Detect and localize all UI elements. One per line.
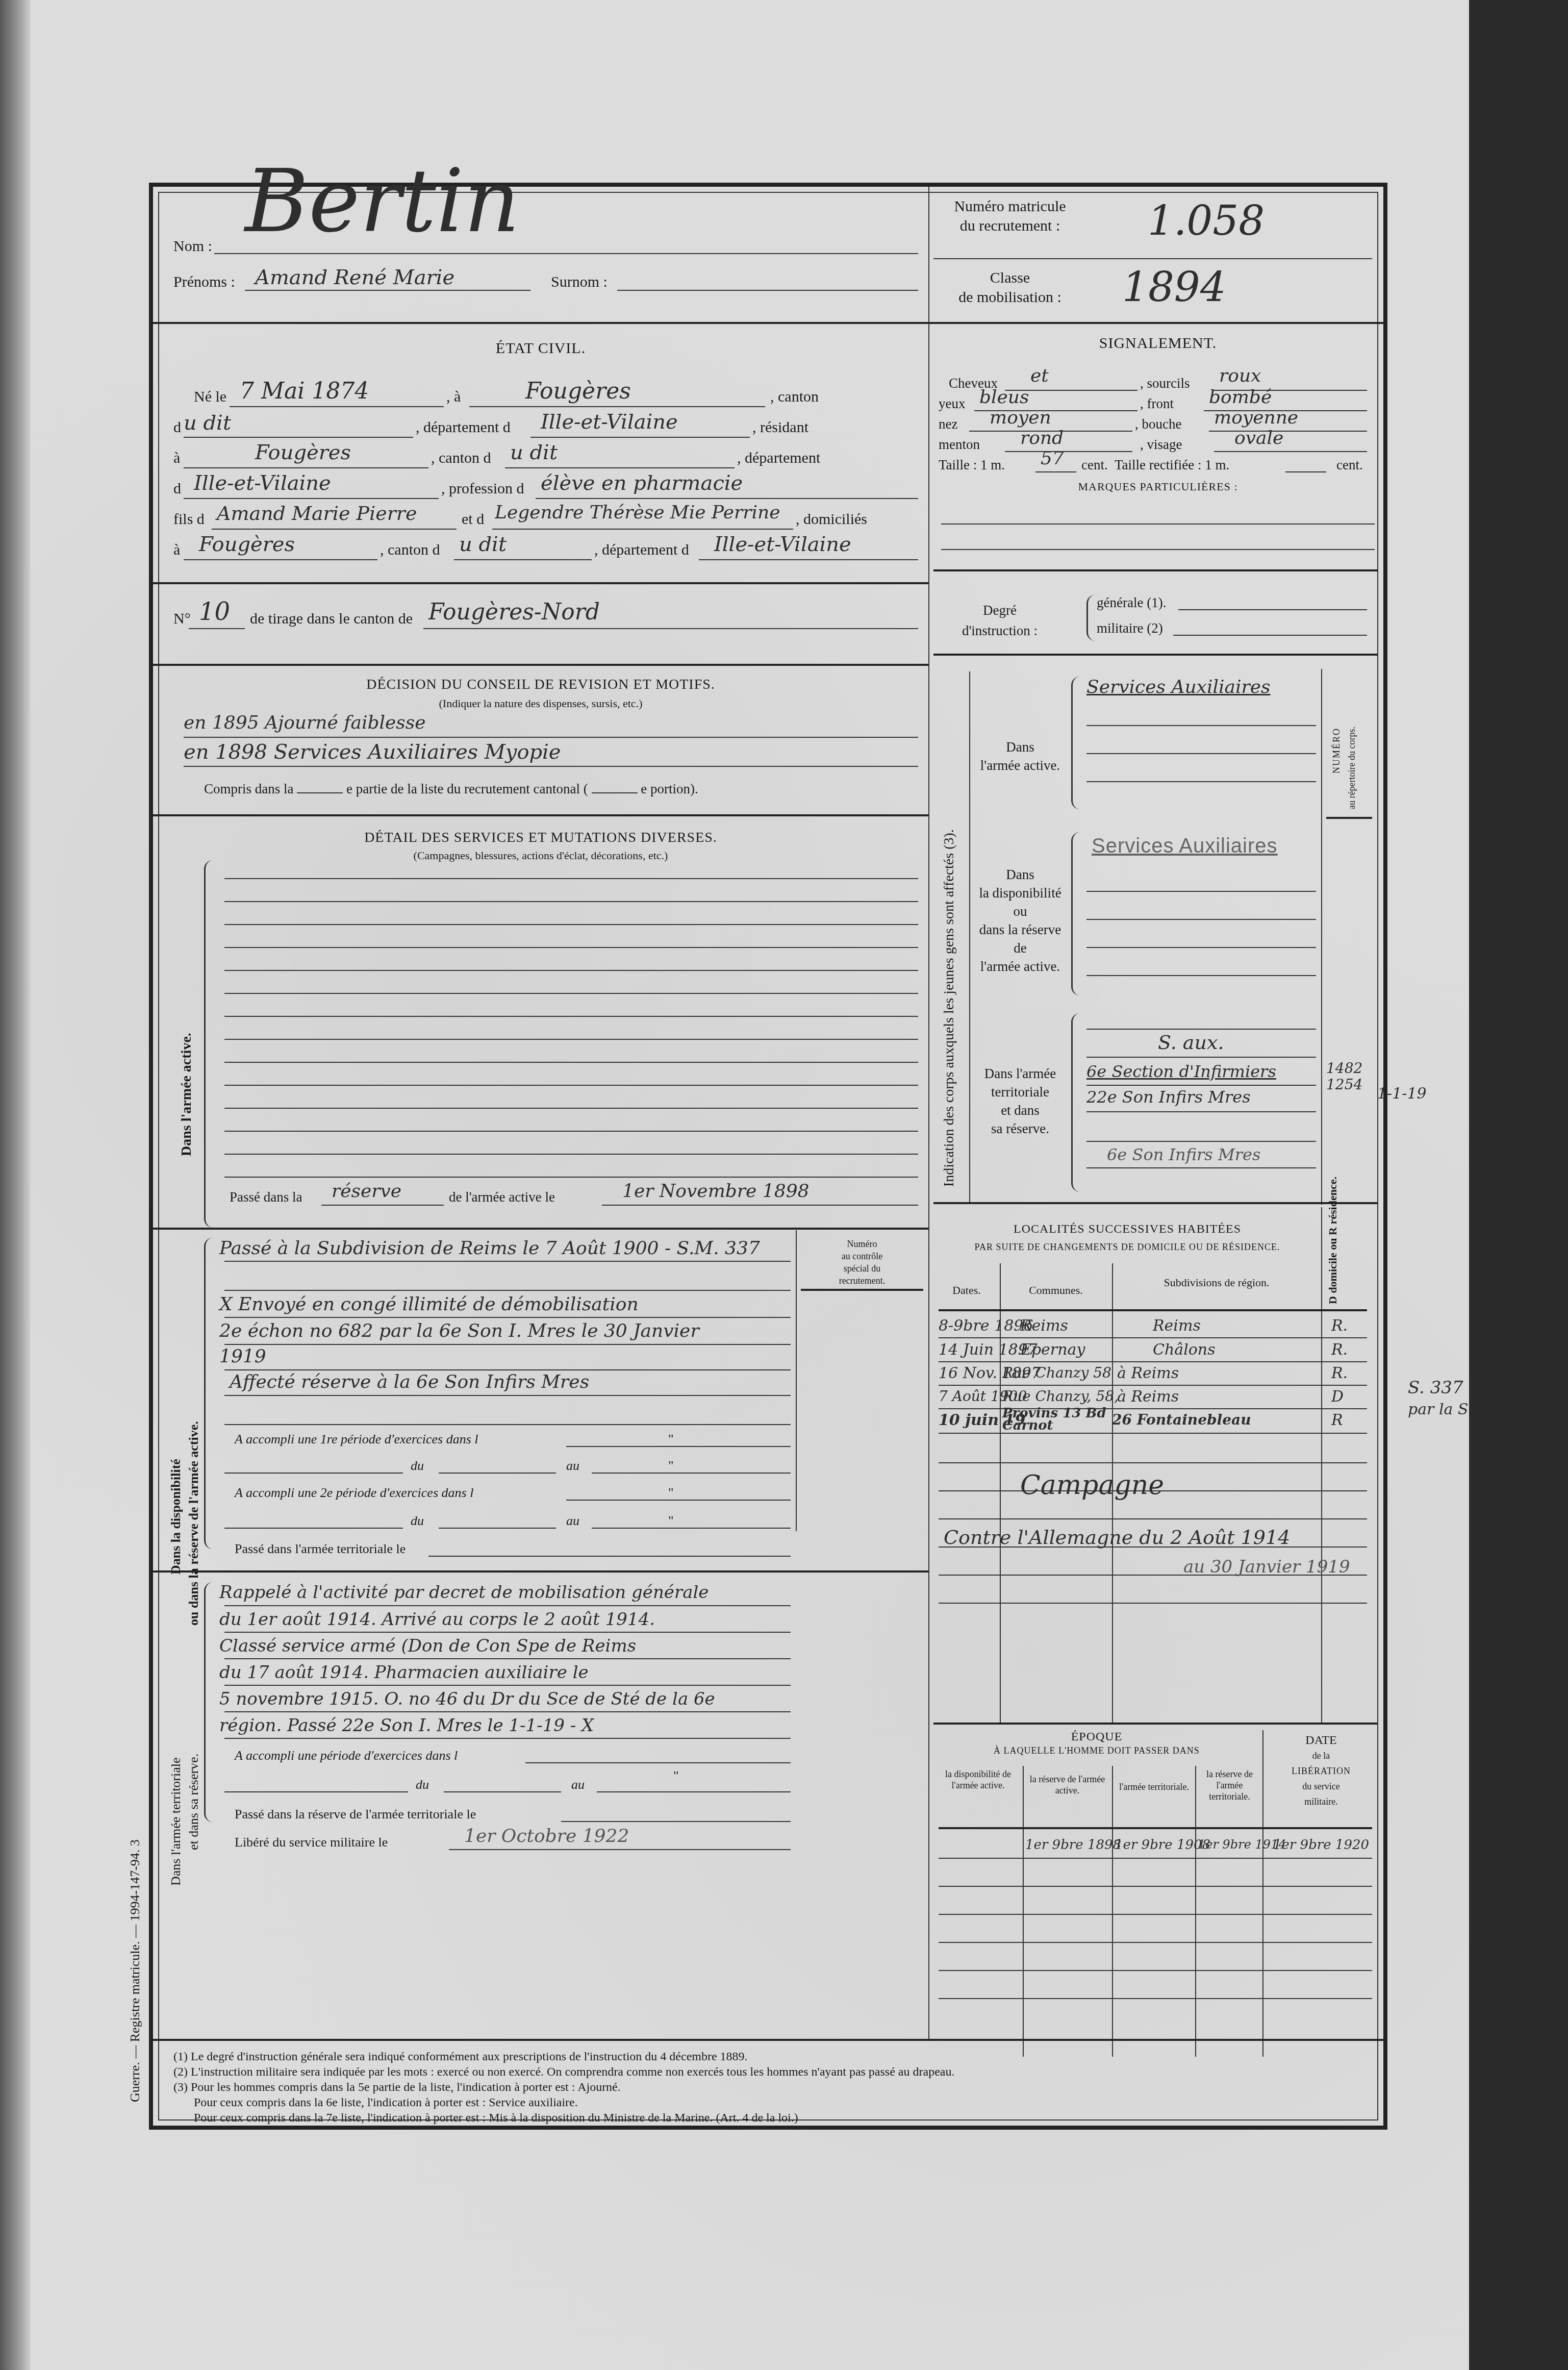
campagne-line-2: au 30 Janvier 1919 [1183, 1557, 1350, 1577]
res-dep-line [184, 498, 439, 499]
cent-label: cent. [1081, 457, 1108, 473]
bouche-value: moyenne [1214, 407, 1298, 428]
generale-label: générale (1). [1097, 595, 1166, 611]
cheveux-value: et [1030, 365, 1049, 386]
au1-label: au [566, 1458, 579, 1474]
passe-terr-label: Passé dans l'armée territoriale le [235, 1541, 406, 1557]
terr-vertical-2: et dans sa réserve. [186, 1754, 201, 1850]
corps-active-label: Dansl'armée active. [974, 738, 1066, 775]
corps-dispo-line [1086, 891, 1316, 892]
corps-left-divider [969, 671, 970, 1202]
du2-value-line [439, 1528, 556, 1529]
corps-numero-label-1: NUMÉRO [1331, 728, 1342, 774]
taille-line [1035, 471, 1076, 472]
degre-rule [933, 654, 1377, 656]
dispo-rule [224, 1317, 791, 1318]
birth-date-line [230, 406, 444, 407]
res-canton-label: , canton d [431, 450, 491, 467]
corps-terr-numbers: 14821254 [1326, 1060, 1362, 1093]
detail-line [224, 993, 918, 994]
profession-value: élève en pharmacie [541, 471, 743, 495]
epoque-row-rule [939, 1970, 1372, 1971]
localites-header-subdivisions: Subdivisions de région. [1115, 1276, 1319, 1289]
father-line [212, 529, 457, 530]
corps-numero-label-2: au répertoire du corps. [1347, 727, 1357, 809]
bouche-label: , bouche [1135, 416, 1181, 432]
corps-terr-label: Dans l'arméeterritorialeet danssa réserv… [974, 1064, 1066, 1138]
corps-terr-line-4: 6e Son Infirs Mres [1107, 1145, 1260, 1164]
corps-terr-brace [1071, 1013, 1080, 1192]
corps-dispo-line [1086, 975, 1316, 976]
libere-label: Libéré du service militaire le [235, 1835, 388, 1850]
localites-title: LOCALITÉS SUCCESSIVES HABITÉES [933, 1223, 1321, 1236]
terr-au-label: au [571, 1777, 585, 1792]
sourcils-value: roux [1219, 365, 1261, 386]
nez-label: nez [939, 416, 957, 432]
detail-active-vertical: Dans l'armée active. [179, 1033, 195, 1156]
corps-active-line [1086, 753, 1316, 754]
corps-active-line [1086, 781, 1316, 782]
terr-rule [224, 1685, 791, 1686]
compris-row: Compris dans la e partie de la liste du … [204, 781, 698, 797]
passe-date-line [602, 1205, 918, 1206]
epoque-col-reserve-active: la réserve de l'armée active. [1025, 1774, 1109, 1796]
decision-line-1: en 1895 Ajourné faiblesse [184, 712, 426, 733]
localite-row-dr: R. [1331, 1364, 1348, 1382]
marques-line-2 [941, 549, 1375, 550]
dispo-brace [204, 1238, 213, 1549]
res-a-label: à [173, 450, 180, 467]
dispo-line-1: Passé à la Subdivision de Reims le 7 Aoû… [219, 1238, 760, 1259]
localite-row-dr: R [1331, 1411, 1343, 1429]
corps-dispo-stamp: Services Auxiliaires [1092, 835, 1278, 858]
footnote-3b: Pour ceux compris dans la 6e liste, l'in… [173, 2095, 954, 2110]
au1-value: " [668, 1458, 674, 1474]
sourcils-label: , sourcils [1140, 376, 1190, 391]
res-dep-value: Ille-et-Vilaine [194, 471, 331, 495]
decision-line-2-rule [184, 766, 918, 767]
degre-brace [1086, 595, 1095, 641]
militaire-line [1173, 635, 1367, 636]
dom-dep-label: , département d [594, 541, 689, 559]
side-margin-imprint: Guerre. — Registre matricule. — 1994-147… [128, 1839, 143, 2102]
periode1-value: " [668, 1432, 674, 1447]
menton-value: rond [1020, 428, 1064, 448]
campagne-title: Campagne [1020, 1470, 1164, 1501]
footnote-3c: Pour ceux compris dans la 7e liste, l'in… [173, 2110, 954, 2126]
tirage-label: de tirage dans le canton de [250, 610, 413, 628]
detail-line [224, 1108, 918, 1109]
terr-periode-label: A accompli une période d'exercices dans … [235, 1748, 458, 1763]
localite-row-dr: R. [1331, 1317, 1348, 1335]
detail-line [224, 947, 918, 948]
front-value: bombé [1209, 387, 1272, 408]
passe-date-label: de l'armée active le [449, 1189, 555, 1205]
libere-line [449, 1849, 791, 1850]
dispo-numero-rule [801, 1289, 923, 1291]
header-divider [928, 187, 929, 330]
epoque-header-rule [939, 1827, 1372, 1829]
mother-value: Legendre Thérèse Mie Perrine [495, 502, 780, 523]
terr-rule [224, 1605, 791, 1606]
localite-row-commune: Reims [1020, 1317, 1068, 1335]
epoque-value-reserve-territoriale: 1er 9bre 1914 [1198, 1837, 1261, 1852]
decision-title: DÉCISION DU CONSEIL DE REVISION ET MOTIF… [153, 677, 928, 693]
corps-terr-line [1086, 1167, 1316, 1168]
front-label: , front [1140, 396, 1174, 412]
birthplace-value: Fougères [525, 378, 631, 404]
dispo-numero-divider [796, 1230, 797, 1531]
decision-line-1-rule [184, 737, 918, 738]
prenoms-line [245, 290, 530, 291]
terr-line-3: Classé service armé (Don de Con Spe de R… [219, 1636, 636, 1656]
profession-line [536, 498, 918, 499]
detail-line [224, 901, 918, 902]
corps-active-brace [1071, 677, 1080, 809]
corps-dispo-brace [1071, 832, 1080, 995]
dom-canton-line [454, 559, 592, 560]
periode1-label: A accompli une 1re période d'exercices d… [235, 1432, 478, 1447]
localites-row-rule [939, 1361, 1367, 1362]
epoque-col-territoriale: l'armée territoriale. [1115, 1781, 1194, 1792]
epoque-row-rule [939, 1886, 1372, 1887]
matricule-line [933, 258, 1372, 259]
res-departement-label: , département [737, 450, 820, 467]
dispo-rule [224, 1369, 791, 1370]
matricule-label: Numéro matriculedu recrutement : [939, 197, 1081, 236]
nom-label: Nom : [173, 238, 212, 255]
yeux-value: bleus [979, 387, 1029, 408]
du1-value-line [439, 1473, 556, 1474]
corps-terr-line [1086, 1057, 1316, 1058]
epoque-subtitle: À LAQUELLE L'HOMME DOIT PASSER DANS [933, 1745, 1260, 1756]
corps-terr-line [1086, 1029, 1316, 1030]
footnote-3: (3) Pour les hommes compris dans la 5e p… [173, 2080, 954, 2095]
terr-vertical-1: Dans l'armée territoriale [168, 1757, 184, 1886]
epoque-row-rule [939, 1942, 1372, 1943]
detail-line [224, 1177, 918, 1178]
dispo-numero-label: Numéroau contrôlespécial durecrutement. [798, 1238, 926, 1287]
militaire-label: militaire (2) [1097, 620, 1163, 636]
terr-line-6: région. Passé 22e Son I. Mres le 1-1-19 … [219, 1715, 594, 1736]
corps-active-value: Services Auxiliaires [1086, 677, 1270, 697]
bouche-line [1209, 431, 1367, 432]
tirage-canton-value: Fougères-Nord [428, 599, 600, 625]
terr-brace [204, 1582, 213, 1822]
epoque-date-divider [1262, 1730, 1263, 2057]
detail-line [224, 924, 918, 925]
terr-au-line [597, 1791, 791, 1792]
corps-numero-divider [1321, 669, 1322, 1205]
mother-line [492, 529, 793, 530]
localite-row-date: 8-9bre 1896 [939, 1317, 1033, 1335]
corps-terr-date: 1-1-19 [1377, 1085, 1427, 1103]
etat-civil-rule [153, 582, 928, 584]
residence-line [184, 467, 428, 468]
localite-row-commune: Rue Chanzy 58 [1002, 1364, 1111, 1381]
surnom-line [617, 290, 918, 291]
terr-rule [224, 1632, 791, 1633]
tirage-no-line [189, 628, 245, 629]
localite-row-commune: Rue Chanzy, 58, [1002, 1388, 1119, 1405]
periode1-line [566, 1446, 791, 1447]
dom-a-line [184, 559, 377, 560]
detail-rule [153, 1228, 928, 1230]
taille-rectifiee-label: Taille rectifiée : 1 m. [1115, 457, 1229, 473]
dom-dep-value: Ille-et-Vilaine [714, 533, 851, 556]
epoque-col-disponibilite: la disponibilité de l'armée active. [936, 1768, 1020, 1791]
corps-vertical-label: Indication des corps auxquels les jeunes… [941, 829, 957, 1187]
campagne-line-1: Contre l'Allemagne du 2 Août 1914 [944, 1526, 1290, 1549]
au2-line [592, 1528, 791, 1529]
taille-value: 57 [1041, 448, 1064, 469]
dark-background [1469, 0, 1568, 2370]
main-column-divider [928, 325, 929, 2039]
localites-row-rule [939, 1462, 1367, 1463]
departement-line [530, 437, 750, 438]
footnotes: (1) Le degré d'instruction générale sera… [173, 2049, 954, 2126]
book-binding [0, 0, 31, 2370]
tirage-rule [153, 664, 928, 666]
terr-line-1: Rappelé à l'activité par decret de mobil… [219, 1582, 709, 1603]
dispo-rule [224, 1424, 791, 1425]
corps-active-line [1086, 725, 1316, 726]
birthplace-label: , à [446, 388, 461, 406]
prenoms-label: Prénoms : [173, 273, 235, 291]
residant-label: , résidant [752, 419, 808, 436]
liberation-value: 1er 9bre 1920 [1265, 1837, 1377, 1853]
canton-prefix: d [173, 419, 181, 436]
detail-line [224, 1154, 918, 1155]
taille-rectifiee-line [1285, 471, 1326, 472]
form-frame: Nom : Bertin Prénoms : Amand René Marie … [149, 183, 1387, 2130]
epoque-title: ÉPOQUE [933, 1730, 1260, 1744]
au2-label: au [566, 1513, 579, 1529]
epoque-col-divider [1023, 1766, 1024, 2057]
decision-rule [153, 814, 928, 816]
periode2-line [566, 1500, 791, 1501]
epoque-value-territoriale: 1er 9bre 1908 [1115, 1837, 1194, 1853]
du2-label: du [411, 1513, 424, 1529]
res-canton-line [505, 467, 735, 468]
visage-line [1214, 451, 1367, 452]
departement-label: , département d [416, 419, 511, 436]
terr-periode-line [525, 1762, 791, 1763]
corps-terr-line-3: 22e Son Infirs Mres [1086, 1087, 1251, 1107]
terr-rule [224, 1658, 791, 1659]
taille-label: Taille : 1 m. [939, 457, 1005, 473]
epoque-value-reserve-active: 1er 9bre 1898 [1025, 1837, 1109, 1853]
localites-row-rule [939, 1385, 1367, 1386]
du1-label: du [411, 1458, 424, 1474]
passe-reserve-line [321, 1205, 444, 1206]
visage-value: ovale [1234, 428, 1283, 448]
passe-reserve-label: Passé dans la [230, 1189, 302, 1205]
decision-line-2: en 1898 Services Auxiliaires Myopie [184, 740, 561, 764]
father-value: Amand Marie Pierre [217, 502, 417, 525]
terr-du-label: du [416, 1777, 429, 1792]
nez-value: moyen [990, 407, 1051, 428]
register-page: Guerre. — Registre matricule. — 1994-147… [0, 0, 1469, 2370]
periode2-label: A accompli une 2e période d'exercices da… [235, 1485, 473, 1501]
dom-a-value: Fougères [199, 533, 295, 556]
terr-au-value: " [673, 1768, 679, 1784]
fils-label: fils d [173, 511, 205, 528]
corps-terr-line [1086, 1111, 1316, 1112]
localites-header-rule [939, 1309, 1367, 1311]
header-bottom-rule [153, 322, 1383, 324]
dispo-rule [224, 1261, 791, 1262]
localite-row-subdivision: à Reims [1117, 1364, 1179, 1382]
terr-line-5: 5 novembre 1915. O. no 46 du Dr du Sce d… [219, 1689, 715, 1709]
passe-date-value: 1er Novembre 1898 [622, 1181, 809, 1202]
et-de-label: et d [462, 511, 484, 528]
profession-label: , profession d [441, 480, 524, 497]
corps-terr-line-1: S. aux. [1158, 1031, 1224, 1054]
detail-line [224, 1085, 918, 1086]
menton-line [1005, 451, 1132, 452]
classe-value: 1894 [1122, 263, 1226, 311]
localites-row-rule [939, 1337, 1367, 1338]
epoque-col-divider [1112, 1766, 1113, 2057]
epoque-row-rule [939, 1914, 1372, 1915]
corps-dispo-label: Dansla disponibilitéoudans la réservedel… [974, 865, 1066, 976]
decision-subtitle: (Indiquer la nature des dispenses, sursi… [153, 697, 928, 710]
dispo-vertical-2: ou dans la réserve de l'armée active. [186, 1421, 201, 1626]
dispo-rule [224, 1290, 791, 1291]
detail-line [224, 1062, 918, 1063]
terr-du-value-line [444, 1791, 561, 1792]
dispo-line-5: Affecté réserve à la 6e Son Infirs Mres [230, 1371, 589, 1392]
corps-terr-line [1086, 1085, 1316, 1086]
libere-value: 1er Octobre 1922 [464, 1826, 629, 1847]
menton-label: menton [939, 437, 980, 453]
canton-line [184, 437, 413, 438]
dispo-bottom-rule [153, 1570, 928, 1573]
corps-dispo-line [1086, 947, 1316, 948]
birthplace-line [469, 406, 765, 407]
departement-value: Ille-et-Vilaine [541, 410, 678, 434]
footnote-2: (2) L'instruction militaire sera indiqué… [173, 2064, 954, 2080]
localites-header-dates: Dates. [936, 1284, 997, 1297]
localites-row-rule [939, 1603, 1367, 1604]
dispo-vertical-1: Dans la disponibilité [168, 1459, 184, 1575]
passe-reserve-value: réserve [332, 1181, 401, 1202]
detail-subtitle: (Campagnes, blessures, actions d'éclat, … [153, 849, 928, 862]
detail-line [224, 970, 918, 971]
terr-du-line [224, 1791, 408, 1792]
localite-row-subdivision: Reims [1153, 1317, 1201, 1335]
dispo-line-4: 1919 [219, 1346, 266, 1367]
passe-terr-line [428, 1556, 791, 1557]
etat-civil-title: ÉTAT CIVIL. [153, 340, 928, 357]
footnote-1: (1) Le degré d'instruction générale sera… [173, 2049, 954, 2064]
du2-line [224, 1528, 403, 1529]
dom-canton-value: u dit [459, 533, 507, 556]
epoque-col-reserve-territoriale: la réserve de l'armée territoriale. [1198, 1768, 1261, 1802]
prenoms-value: Amand René Marie [255, 266, 454, 289]
localites-dr-divider [1321, 1207, 1322, 1723]
corps-numero-rule [1326, 817, 1372, 819]
localite-row-dr: R. [1331, 1341, 1348, 1359]
canton-label: , canton [770, 388, 819, 406]
localites-bottom-rule [933, 1723, 1377, 1725]
birth-date-value: 7 Mai 1874 [240, 378, 369, 404]
epoque-row-rule [939, 1998, 1372, 1999]
epoque-col-divider [1195, 1766, 1196, 2057]
detail-brace [204, 860, 213, 1228]
dispo-line-2: X Envoyé en congé illimité de démobilisa… [219, 1294, 639, 1315]
margin-note-sm: S. 337 [1408, 1378, 1463, 1398]
corps-dispo-line [1086, 919, 1316, 920]
dom-a-label: à [173, 541, 180, 559]
dom-canton-label: , canton d [380, 541, 440, 559]
detail-line [224, 878, 918, 879]
visage-label: , visage [1140, 437, 1182, 453]
terr-line-4: du 17 août 1914. Pharmacien auxiliaire l… [219, 1662, 589, 1683]
tirage-canton-line [423, 628, 918, 629]
footnotes-top-rule [153, 2039, 1383, 2041]
au1-line [592, 1473, 791, 1474]
terr-line-2: du 1er août 1914. Arrivé au corps le 2 a… [219, 1609, 655, 1630]
localites-dr-header: D domicile ou R résidence. [1326, 1177, 1339, 1304]
cent2-label: cent. [1336, 457, 1363, 473]
detail-title: DÉTAIL DES SERVICES ET MUTATIONS DIVERSE… [153, 830, 928, 846]
date-liberation-header: DATE de la LIBÉRATION du service militai… [1265, 1733, 1377, 1809]
dispo-line-3: 2e échon no 682 par la 6e Son I. Mres le… [219, 1320, 699, 1341]
au2-value: " [668, 1513, 674, 1529]
periode2-value: " [668, 1485, 674, 1501]
nom-value: Bertin [245, 151, 520, 252]
generale-line [1178, 609, 1367, 610]
dom-dep-line [699, 559, 918, 560]
localite-row-dr: D [1331, 1388, 1344, 1406]
terr-rule [224, 1711, 791, 1712]
localites-header-communes: Communes. [1002, 1284, 1109, 1297]
classe-label: Classede mobilisation : [939, 268, 1081, 307]
canton-value: u dit [184, 411, 231, 435]
res-dep-prefix: d [173, 480, 181, 497]
dispo-rule [224, 1344, 791, 1345]
detail-line [224, 1016, 918, 1017]
signalement-title: SIGNALEMENT. [933, 335, 1382, 352]
detail-line [224, 1039, 918, 1040]
tirage-no-value: 10 [199, 597, 230, 626]
epoque-row-rule [939, 1858, 1372, 1859]
localite-row-subdivision: 26 Fontainebleau [1112, 1411, 1251, 1428]
terr-passe-res-label: Passé dans la réserve de l'armée territo… [235, 1807, 476, 1822]
marques-rule [933, 569, 1377, 571]
localite-row-subdivision: Châlons [1153, 1341, 1216, 1359]
corps-terr-line-2: 6e Section d'Infirmiers [1086, 1062, 1276, 1081]
localite-row-subdivision: à Reims [1117, 1388, 1179, 1406]
detail-line [224, 1131, 918, 1132]
corps-terr-line [1086, 1141, 1316, 1142]
tirage-no-label: N° [173, 610, 191, 628]
yeux-label: yeux [939, 396, 965, 412]
localites-row-rule [939, 1433, 1367, 1434]
degre-label: Degréd'instruction : [939, 600, 1061, 641]
residence-value: Fougères [255, 441, 351, 464]
marques-title: MARQUES PARTICULIÈRES : [933, 480, 1382, 493]
dispo-rule [224, 1395, 791, 1396]
du1-line [224, 1473, 403, 1474]
localites-row-rule [939, 1518, 1367, 1519]
matricule-value: 1.058 [1148, 197, 1264, 244]
domicilies-label: , domiciliés [796, 511, 867, 528]
marques-line-1 [941, 523, 1375, 525]
localite-row-commune: Epernay [1020, 1341, 1085, 1359]
